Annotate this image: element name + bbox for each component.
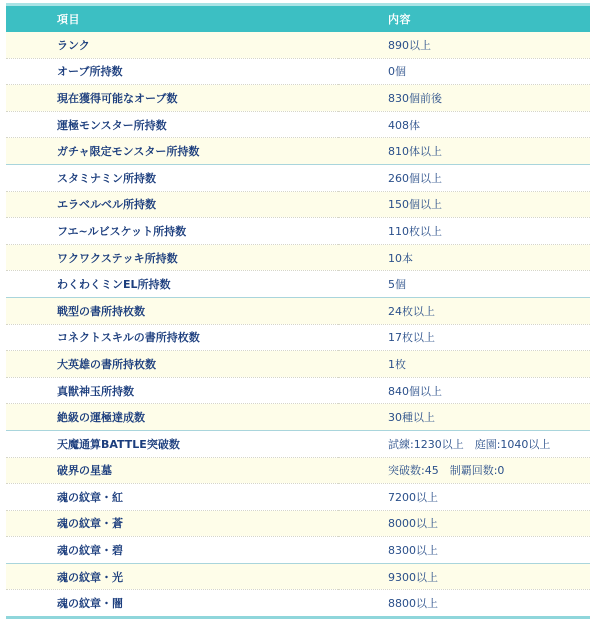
row-label: ワクワクステッキ所持数 — [6, 244, 338, 271]
table-row: わくわくミンEL所持数 5個 — [6, 271, 590, 298]
row-label: コネクトスキルの書所持枚数 — [6, 324, 338, 351]
row-label: 現在獲得可能なオーブ数 — [6, 85, 338, 112]
row-value: 150個以上 — [338, 191, 590, 218]
row-label: スタミナミン所持数 — [6, 164, 338, 191]
table-body: ランク 890以上 オーブ所持数 0個 現在獲得可能なオーブ数 830個前後 運… — [6, 32, 590, 618]
row-value: 8800以上 — [338, 590, 590, 618]
table-row: 魂の紋章・碧 8300以上 — [6, 537, 590, 564]
row-label: 運極モンスター所持数 — [6, 111, 338, 138]
row-value: 830個前後 — [338, 85, 590, 112]
table-row: 魂の紋章・闇 8800以上 — [6, 590, 590, 618]
row-value: 890以上 — [338, 32, 590, 58]
row-label: 真獣神玉所持数 — [6, 377, 338, 404]
stats-table-container: 項目 内容 ランク 890以上 オーブ所持数 0個 現在獲得可能なオーブ数 83… — [6, 3, 590, 619]
row-label: オーブ所持数 — [6, 58, 338, 85]
column-header-value: 内容 — [338, 5, 590, 33]
row-value: 810体以上 — [338, 138, 590, 165]
table-row: オーブ所持数 0個 — [6, 58, 590, 85]
table-header: 項目 内容 — [6, 5, 590, 33]
row-label: 魂の紋章・蒼 — [6, 510, 338, 537]
row-value: 8000以上 — [338, 510, 590, 537]
table-row: エラベルベル所持数 150個以上 — [6, 191, 590, 218]
row-value: 840個以上 — [338, 377, 590, 404]
table-row: ワクワクステッキ所持数 10本 — [6, 244, 590, 271]
row-value: 試練:1230以上 庭園:1040以上 — [338, 430, 590, 457]
row-label: ガチャ限定モンスター所持数 — [6, 138, 338, 165]
row-value: 408体 — [338, 111, 590, 138]
row-value: 5個 — [338, 271, 590, 298]
row-label: 魂の紋章・紅 — [6, 484, 338, 511]
row-label: 破界の星墓 — [6, 457, 338, 484]
table-row: 魂の紋章・蒼 8000以上 — [6, 510, 590, 537]
table-row: スタミナミン所持数 260個以上 — [6, 164, 590, 191]
table-row: 絶級の運極達成数 30種以上 — [6, 404, 590, 431]
row-value: 17枚以上 — [338, 324, 590, 351]
row-value: 8300以上 — [338, 537, 590, 564]
row-value: 30種以上 — [338, 404, 590, 431]
row-label: 大英雄の書所持枚数 — [6, 351, 338, 378]
table-row: 大英雄の書所持枚数 1枚 — [6, 351, 590, 378]
column-header-item: 項目 — [6, 5, 338, 33]
row-value: 突破数:45 制覇回数:0 — [338, 457, 590, 484]
row-label: 魂の紋章・光 — [6, 563, 338, 590]
row-value: 9300以上 — [338, 563, 590, 590]
table-row: 現在獲得可能なオーブ数 830個前後 — [6, 85, 590, 112]
row-value: 10本 — [338, 244, 590, 271]
table-row: コネクトスキルの書所持枚数 17枚以上 — [6, 324, 590, 351]
row-label: 魂の紋章・闇 — [6, 590, 338, 618]
table-row: 破界の星墓 突破数:45 制覇回数:0 — [6, 457, 590, 484]
table-row: 真獣神玉所持数 840個以上 — [6, 377, 590, 404]
table-row: 戦型の書所持枚数 24枚以上 — [6, 297, 590, 324]
table-row: ガチャ限定モンスター所持数 810体以上 — [6, 138, 590, 165]
table-row: 天魔通算BATTLE突破数 試練:1230以上 庭園:1040以上 — [6, 430, 590, 457]
row-value: 0個 — [338, 58, 590, 85]
table-row: 魂の紋章・紅 7200以上 — [6, 484, 590, 511]
row-label: 魂の紋章・碧 — [6, 537, 338, 564]
table-row: 魂の紋章・光 9300以上 — [6, 563, 590, 590]
row-value: 1枚 — [338, 351, 590, 378]
table-row: ランク 890以上 — [6, 32, 590, 58]
account-stats-table: 項目 内容 ランク 890以上 オーブ所持数 0個 現在獲得可能なオーブ数 83… — [6, 3, 590, 619]
table-row: 運極モンスター所持数 408体 — [6, 111, 590, 138]
row-value: 24枚以上 — [338, 297, 590, 324]
row-value: 110枚以上 — [338, 218, 590, 245]
row-label: 天魔通算BATTLE突破数 — [6, 430, 338, 457]
row-label: 戦型の書所持枚数 — [6, 297, 338, 324]
row-value: 7200以上 — [338, 484, 590, 511]
row-value: 260個以上 — [338, 164, 590, 191]
table-header-row: 項目 内容 — [6, 5, 590, 33]
row-label: ランク — [6, 32, 338, 58]
row-label: 絶級の運極達成数 — [6, 404, 338, 431]
row-label: エラベルベル所持数 — [6, 191, 338, 218]
row-label: わくわくミンEL所持数 — [6, 271, 338, 298]
row-label: フエ~ルビスケット所持数 — [6, 218, 338, 245]
table-row: フエ~ルビスケット所持数 110枚以上 — [6, 218, 590, 245]
